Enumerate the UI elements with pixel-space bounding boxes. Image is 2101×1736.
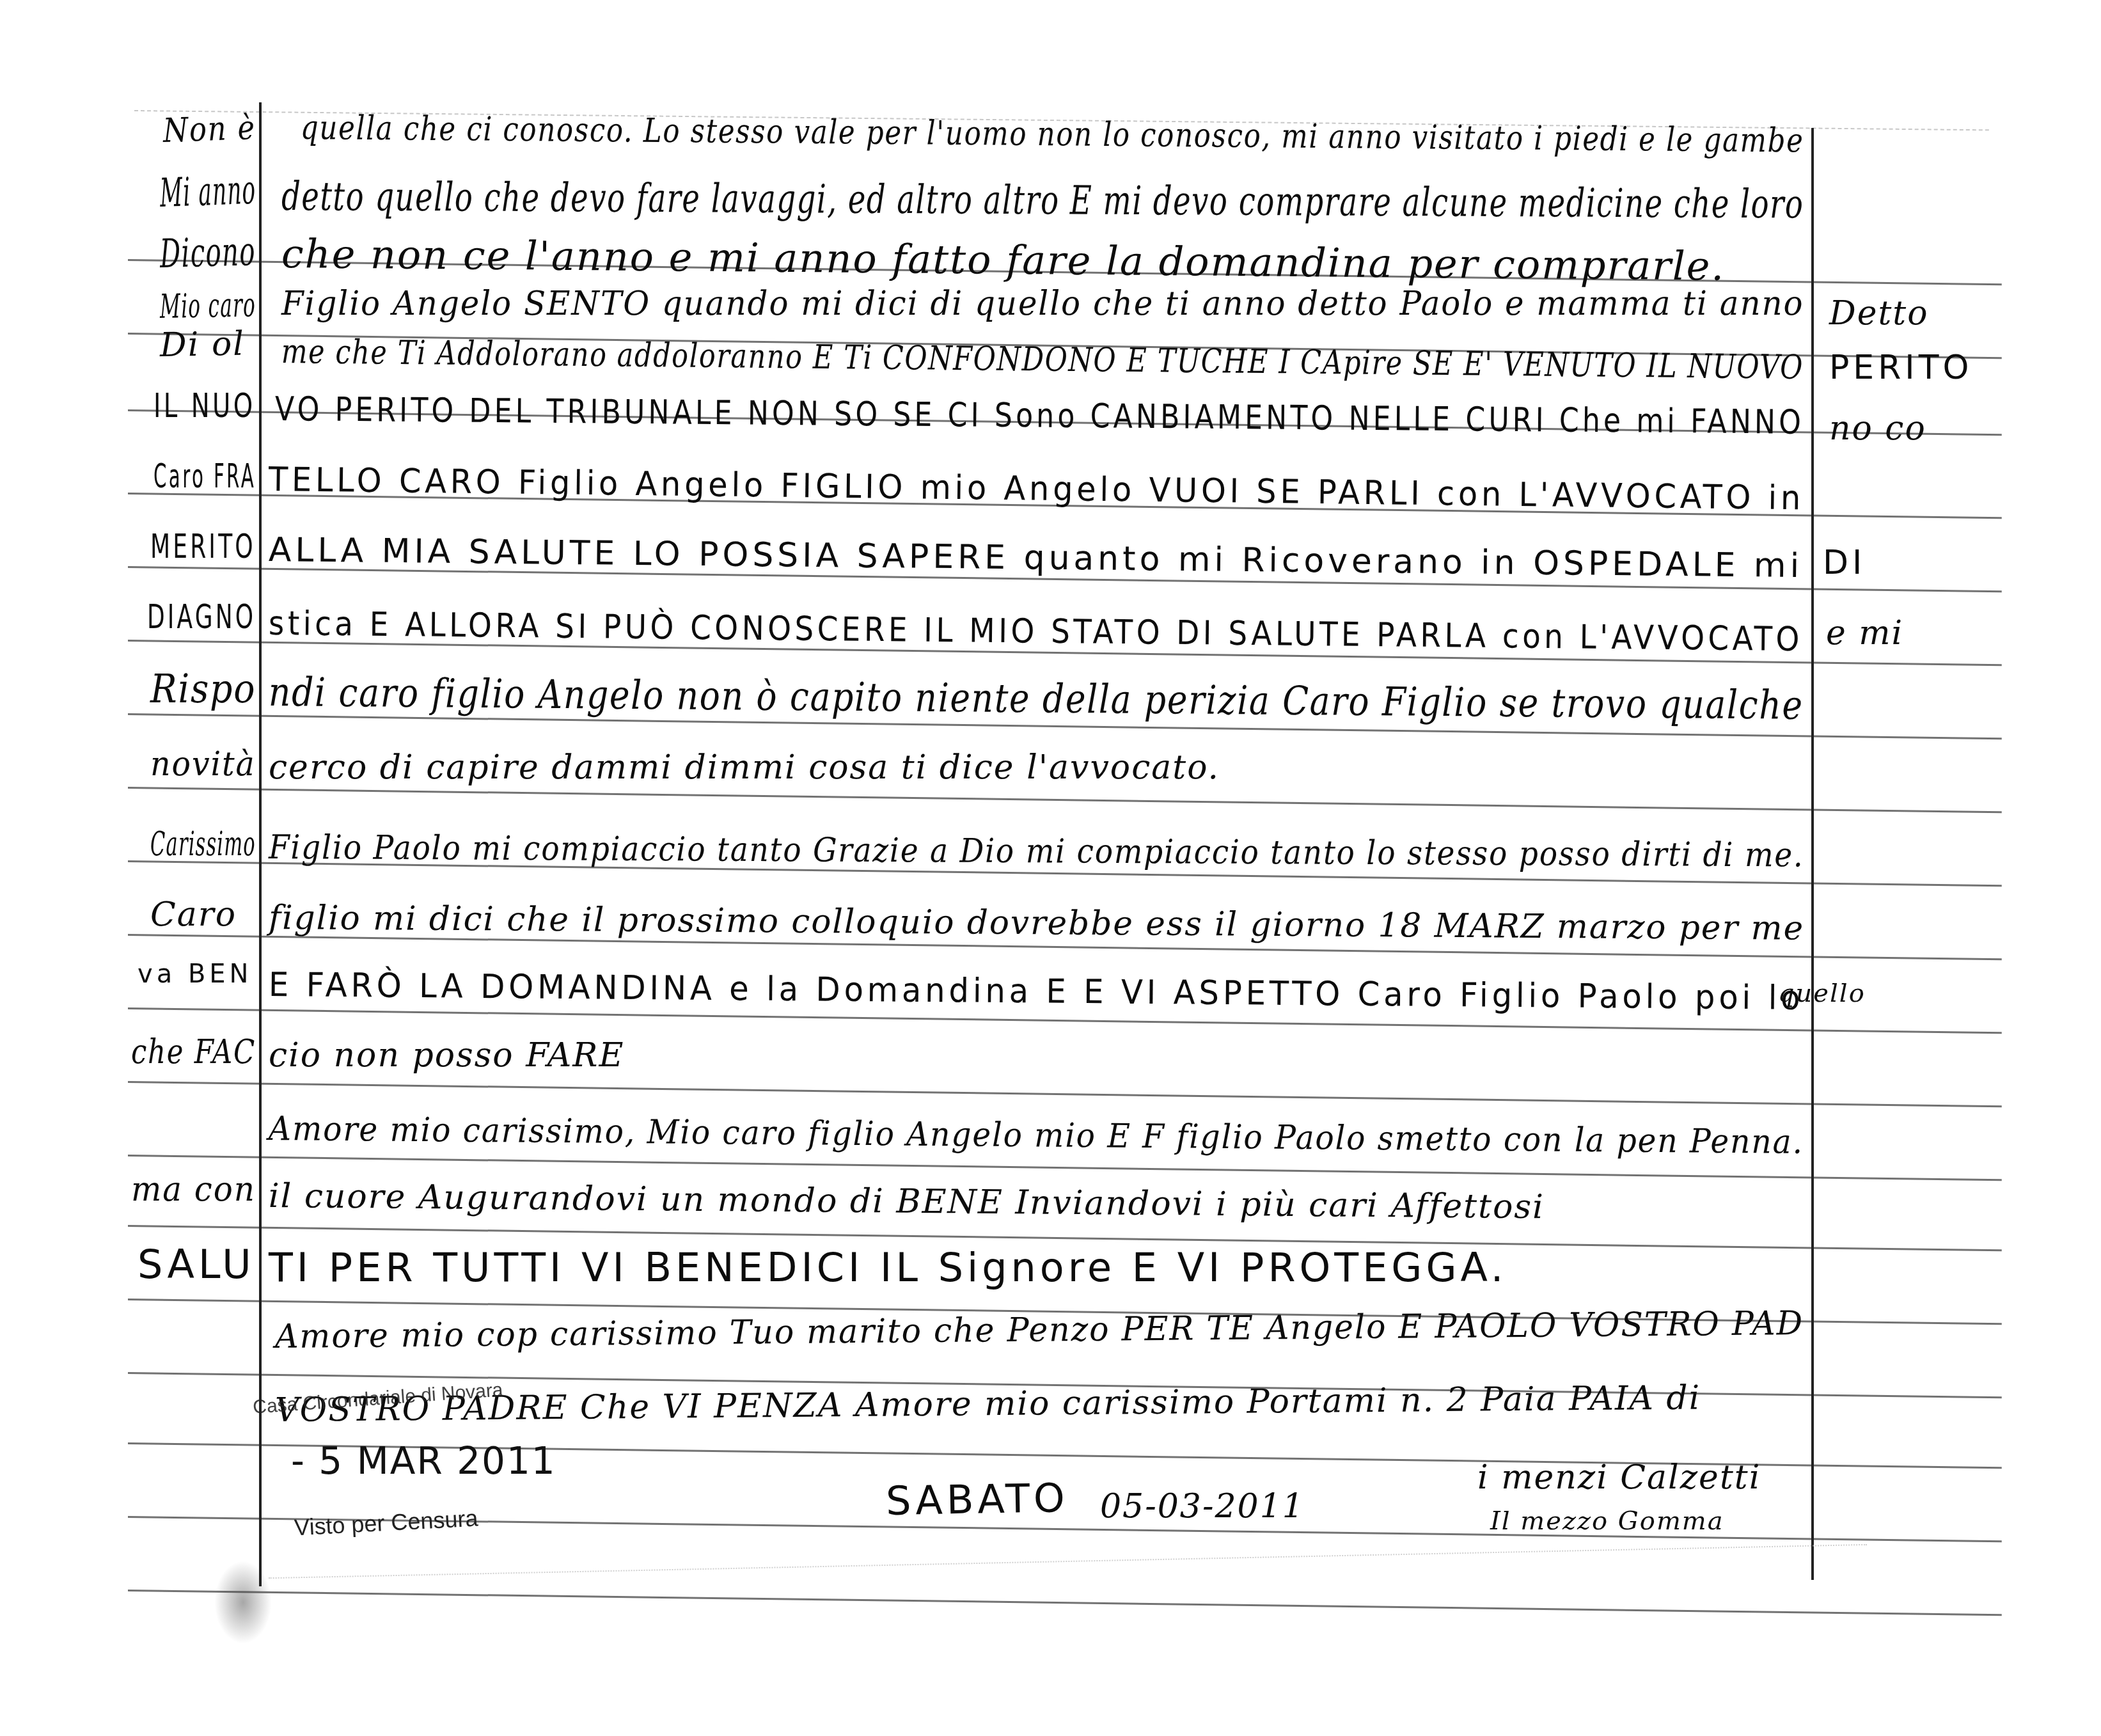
signature-note-1: i menzi Calzetti xyxy=(1477,1458,1761,1497)
right-margin-line xyxy=(1811,128,1814,1580)
line-margin: Non è xyxy=(162,109,256,150)
signature-note-2: Il mezzo Gomma xyxy=(1490,1506,1724,1536)
stamp-date: - 5 MAR 2011 xyxy=(291,1439,556,1483)
letter-line: Figlio Paolo mi compiaccio tanto Grazie … xyxy=(269,828,1804,875)
line-margin: novità xyxy=(150,745,256,784)
left-margin-line xyxy=(259,102,262,1586)
line-margin: Mio caro xyxy=(159,286,256,326)
right-margin-note: no co xyxy=(1829,409,1926,448)
line-margin: Caro xyxy=(150,896,237,934)
signature-date: 05-03-2011 xyxy=(1100,1487,1305,1526)
line-margin: che FAC xyxy=(131,1033,256,1071)
line-margin: DIAGNO xyxy=(147,598,256,636)
letter-line: detto quello che devo fare lavaggi, ed a… xyxy=(281,173,1804,227)
line-margin: SALU xyxy=(138,1241,255,1288)
line-margin: IL NUO xyxy=(153,387,256,425)
letter-line: cerco di capire dammi dimmi cosa ti dice… xyxy=(269,748,1220,787)
right-margin-note: e mi xyxy=(1826,614,1903,652)
right-margin-note: Detto xyxy=(1829,294,1929,333)
signature-day: SABATO xyxy=(885,1474,1069,1524)
line-margin: va BEN xyxy=(138,959,253,989)
line-margin: Carissimo xyxy=(150,825,256,864)
ink-smudge xyxy=(214,1561,272,1644)
line-margin: Rispo xyxy=(150,665,256,712)
letter-line: TI PER TUTTI VI BENEDICI IL Signore E VI… xyxy=(269,1244,1507,1291)
letter-line: Figlio Angelo SENTO quando mi dici di qu… xyxy=(281,285,1804,323)
right-margin-note: DI xyxy=(1823,544,1866,582)
right-margin-note: PERITO xyxy=(1829,349,1972,387)
letter-line: cio non posso FARE xyxy=(269,1036,624,1075)
line-margin: Caro FRA xyxy=(153,457,256,496)
right-margin-note: quello xyxy=(1778,979,1866,1008)
line-margin: MERITO xyxy=(150,528,256,566)
line-margin: Dicono xyxy=(159,228,256,277)
line-margin: ma con xyxy=(131,1171,256,1209)
line-margin: Mi anno xyxy=(159,166,257,216)
line-margin: Di ol xyxy=(159,325,245,365)
